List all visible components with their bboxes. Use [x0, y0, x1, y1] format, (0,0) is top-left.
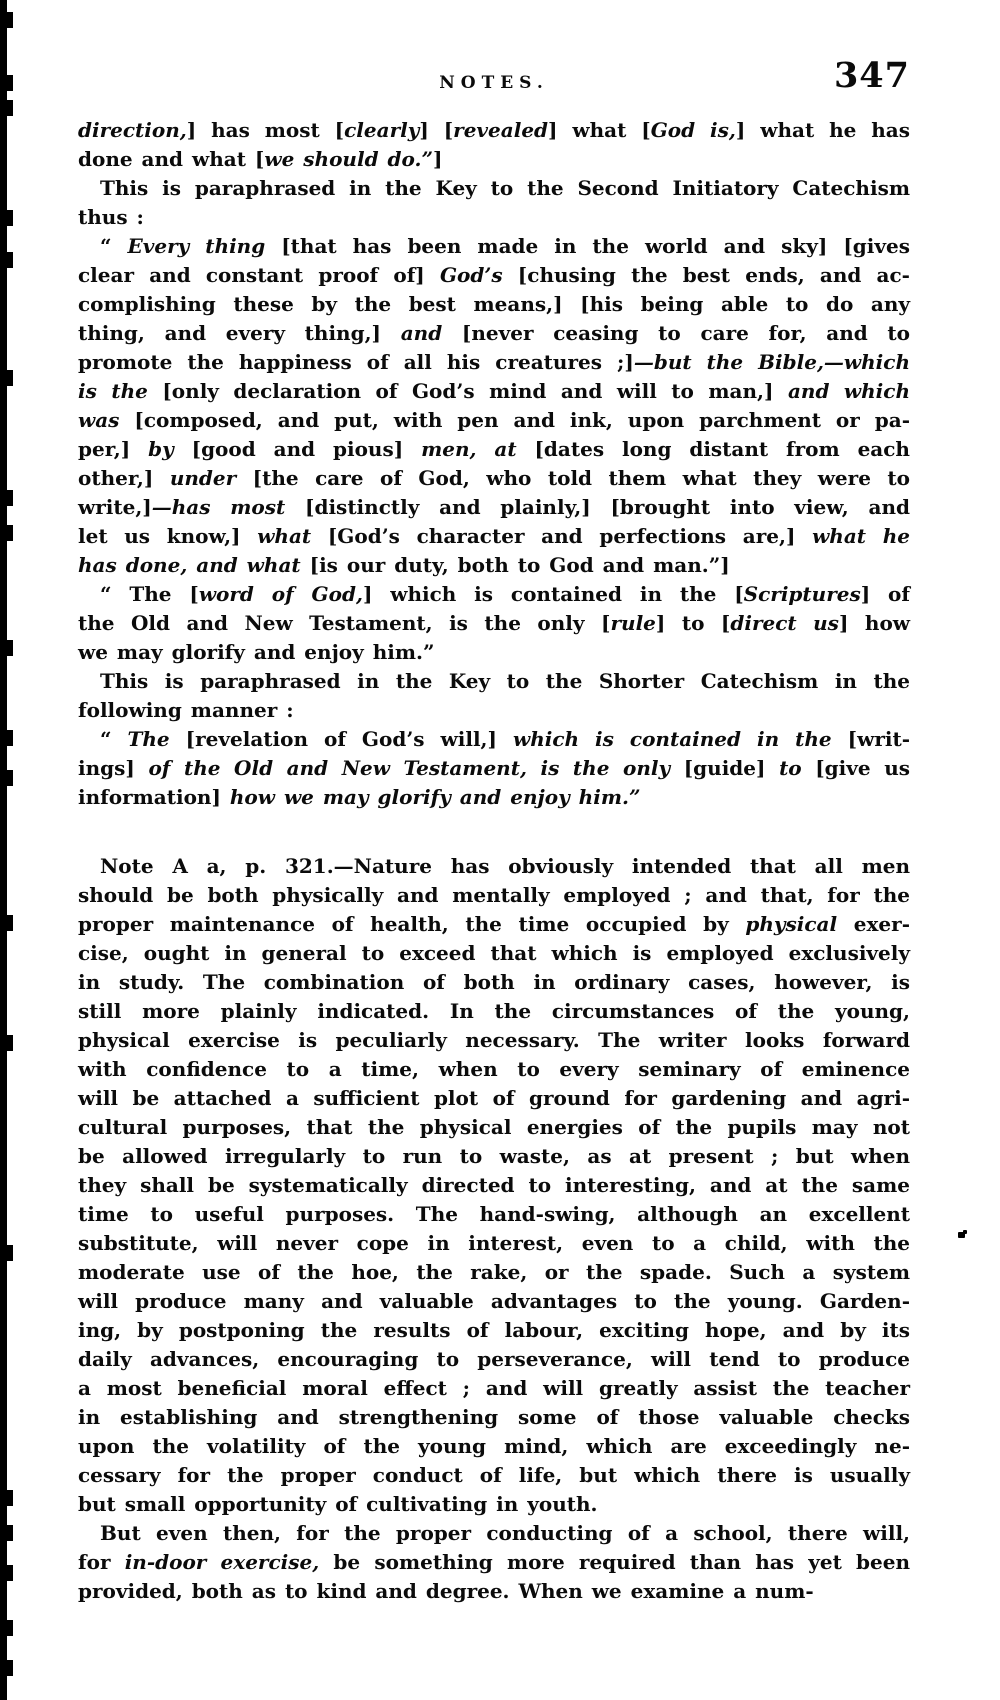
scan-edge-bump [0, 100, 13, 116]
text-line: we may glorify and enjoy him.” [78, 638, 910, 667]
text-line: This is paraphrased in the Key to the Se… [78, 174, 910, 203]
text-line: “ The [word of God,] which is contained … [78, 580, 910, 609]
text-line: is the [only declaration of God’s mind a… [78, 377, 910, 406]
roman-text: ing, by postponing the results of labour… [78, 1318, 910, 1342]
roman-text: [chusing the best ends, and ac- [503, 263, 910, 287]
roman-text: a most beneficial moral effect ; and wil… [78, 1376, 910, 1400]
scan-edge-bump [0, 12, 13, 28]
roman-text: write,] [78, 495, 152, 519]
italic-text: how we may glorify and enjoy him.” [230, 785, 641, 809]
scan-edge-bump [0, 1565, 13, 1581]
text-line: thus : [78, 203, 910, 232]
text-line: time to useful purposes. The hand-swing,… [78, 1200, 910, 1229]
roman-text: [distinctly and plainly,] [brought into … [285, 495, 910, 519]
roman-text: in establishing and strengthening some o… [78, 1405, 910, 1429]
text-line: But even then, for the proper conducting… [78, 1519, 910, 1548]
text-line: should be both physically and mentally e… [78, 881, 910, 910]
book-page: NOTES. 347 direction,] has most [clearly… [0, 0, 1000, 1700]
text-line: clear and constant proof of] God’s [chus… [78, 261, 910, 290]
italic-text: which is contained in the [513, 727, 832, 751]
text-line: in study. The combination of both in ord… [78, 968, 910, 997]
roman-text: [guide] [670, 756, 779, 780]
roman-text: [good and pious] [174, 437, 421, 461]
italic-text: under [170, 466, 236, 490]
text-line: a most beneficial moral effect ; and wil… [78, 1374, 910, 1403]
text-line: moderate use of the hoe, the rake, or th… [78, 1258, 910, 1287]
roman-text: [give us [802, 756, 910, 780]
scan-edge-bump [0, 1490, 13, 1506]
text-line: was [composed, and put, with pen and ink… [78, 406, 910, 435]
text-line: proper maintenance of health, the time o… [78, 910, 910, 939]
text-line: thing, and every thing,] and [never ceas… [78, 319, 910, 348]
text-line: ings] of the Old and New Testament, is t… [78, 754, 910, 783]
roman-text: will produce many and valuable advantage… [78, 1289, 910, 1313]
italic-text: and [401, 321, 442, 345]
roman-text: moderate use of the hoe, the rake, or th… [78, 1260, 910, 1284]
text-line: with confidence to a time, when to every… [78, 1055, 910, 1084]
roman-text: upon the volatility of the young mind, w… [78, 1434, 910, 1458]
roman-text: in study. The combination of both in ord… [78, 970, 910, 994]
roman-text: [the care of God, who told them what the… [236, 466, 910, 490]
roman-text: time to useful purposes. The hand-swing,… [78, 1202, 910, 1226]
text-line: Note A a, p. 321.—Nature has obviously i… [78, 852, 910, 881]
text-line: done and what [we should do.”] [78, 145, 910, 174]
roman-text: for [78, 1550, 125, 1574]
text-line: provided, both as to kind and degree. Wh… [78, 1577, 910, 1606]
italic-text: of the Old and New Testament, is the onl… [148, 756, 670, 780]
paragraph: “ The [word of God,] which is contained … [78, 580, 910, 667]
running-title: NOTES. [78, 73, 910, 93]
italic-text: —but the Bible,—which [634, 350, 910, 374]
paragraph: But even then, for the proper conducting… [78, 1519, 910, 1606]
text-line: per,] by [good and pious] men, at [dates… [78, 435, 910, 464]
roman-text: will be attached a sufficient plot of gr… [78, 1086, 910, 1110]
roman-text: ] to [ [656, 611, 731, 635]
roman-text: information] [78, 785, 230, 809]
scan-edge-bump [0, 75, 13, 91]
text-line: upon the volatility of the young mind, w… [78, 1432, 910, 1461]
italic-text: by [148, 437, 174, 461]
roman-text: [God’s character and perfections are,] [311, 524, 812, 548]
text-line: for in-door exercise, be something more … [78, 1548, 910, 1577]
roman-text: proper maintenance of health, the time o… [78, 912, 745, 936]
text-line: they shall be systematically directed to… [78, 1171, 910, 1200]
text-line: promote the happiness of all his creatur… [78, 348, 910, 377]
text-line: cessary for the proper conduct of life, … [78, 1461, 910, 1490]
text-line: will be attached a sufficient plot of gr… [78, 1084, 910, 1113]
roman-text: the Old and New Testament, is the only [ [78, 611, 610, 635]
italic-text: men, at [421, 437, 516, 461]
italic-text: word of God, [199, 582, 363, 606]
italic-text: what [257, 524, 311, 548]
text-line: but small opportunity of cultivating in … [78, 1490, 910, 1519]
text-line: ing, by postponing the results of labour… [78, 1316, 910, 1345]
italic-text: physical [745, 912, 837, 936]
roman-text: cessary for the proper conduct of life, … [78, 1463, 910, 1487]
paragraph: “ Every thing [that has been made in the… [78, 232, 910, 580]
italic-text: we should do.” [264, 147, 433, 171]
scan-edge-bump [0, 1525, 13, 1541]
italic-text: rule [610, 611, 655, 635]
text-line: direction,] has most [clearly] [revealed… [78, 116, 910, 145]
scan-edge-bump [0, 490, 13, 506]
paragraph: Note A a, p. 321.—Nature has obviously i… [78, 852, 910, 1519]
roman-text: Note A a, p. 321.—Nature has obviously i… [100, 854, 910, 878]
roman-text: other,] [78, 466, 170, 490]
roman-text: This is paraphrased in the Key to the Sh… [100, 669, 910, 693]
italic-text: —has most [152, 495, 286, 519]
text-line: complishing these by the best means,] [h… [78, 290, 910, 319]
roman-text: ] [433, 147, 442, 171]
roman-text: complishing these by the best means,] [h… [78, 292, 910, 316]
scan-speck [963, 1230, 967, 1234]
text-line: following manner : [78, 696, 910, 725]
roman-text: [that has been made in the world and sky… [265, 234, 910, 258]
scan-edge-bump [0, 1245, 13, 1261]
italic-text: God’s [440, 263, 503, 287]
scan-edge-bump [0, 770, 13, 786]
italic-text: clearly [344, 118, 419, 142]
paragraph: This is paraphrased in the Key to the Sh… [78, 667, 910, 725]
italic-text: God is, [651, 118, 736, 142]
roman-text: with confidence to a time, when to every… [78, 1057, 910, 1081]
text-line: other,] under [the care of God, who told… [78, 464, 910, 493]
roman-text: following manner : [78, 698, 294, 722]
roman-text: This is paraphrased in the Key to the Se… [100, 176, 910, 200]
scan-edge-bump [0, 730, 13, 746]
scan-edge-bump [0, 915, 13, 931]
text-line: will produce many and valuable advantage… [78, 1287, 910, 1316]
text-line: cultural purposes, that the physical ene… [78, 1113, 910, 1142]
italic-text: Scriptures [744, 582, 861, 606]
italic-text: Every thing [128, 234, 266, 258]
roman-text: ] of [861, 582, 910, 606]
roman-text: [only declaration of God’s mind and will… [148, 379, 788, 403]
italic-text: to [779, 756, 802, 780]
roman-text: thing, and every thing,] [78, 321, 401, 345]
roman-text: but small opportunity of cultivating in … [78, 1492, 598, 1516]
roman-text: clear and constant proof of] [78, 263, 440, 287]
text-line: substitute, will never cope in interest,… [78, 1229, 910, 1258]
roman-text: daily advances, encouraging to persevera… [78, 1347, 910, 1371]
roman-text: we may glorify and enjoy him.” [78, 640, 435, 664]
text-line: This is paraphrased in the Key to the Sh… [78, 667, 910, 696]
text-line: in establishing and strengthening some o… [78, 1403, 910, 1432]
roman-text: physical exercise is peculiarly necessar… [78, 1028, 910, 1052]
scan-edge-bump [0, 210, 13, 226]
text-line: daily advances, encouraging to persevera… [78, 1345, 910, 1374]
roman-text: exer- [837, 912, 910, 936]
roman-text: be allowed irregularly to run to waste, … [78, 1144, 910, 1168]
roman-text: ] what [ [548, 118, 651, 142]
text-line: be allowed irregularly to run to waste, … [78, 1142, 910, 1171]
italic-text: what he [812, 524, 910, 548]
roman-text: [never ceasing to care for, and to [442, 321, 910, 345]
roman-text: [dates long distant from each [517, 437, 910, 461]
roman-text: still more plainly indicated. In the cir… [78, 999, 910, 1023]
italic-text: in-door exercise, [125, 1550, 320, 1574]
roman-text: ] has most [ [187, 118, 344, 142]
roman-text: [writ- [832, 727, 910, 751]
page-number: 347 [834, 58, 910, 93]
roman-text: let us know,] [78, 524, 257, 548]
italic-text: was [78, 408, 119, 432]
roman-text: cise, ought in general to exceed that wh… [78, 941, 910, 965]
roman-text: ] what he has [736, 118, 910, 142]
italic-text: has done, and what [78, 553, 301, 577]
roman-text: But even then, for the proper conducting… [100, 1521, 910, 1545]
roman-text: “ [100, 727, 128, 751]
scan-edge-bump [0, 1660, 13, 1676]
italic-text: revealed [453, 118, 548, 142]
text-line: information] how we may glorify and enjo… [78, 783, 910, 812]
scan-edge-bump [0, 1620, 13, 1636]
roman-text: [is our duty, both to God and man.”] [301, 553, 730, 577]
paragraph: direction,] has most [clearly] [revealed… [78, 116, 910, 174]
roman-text: be something more required than has yet … [319, 1550, 910, 1574]
scan-edge-bump [0, 252, 13, 268]
text-line: write,]—has most [distinctly and plainly… [78, 493, 910, 522]
roman-text: “ The [ [100, 582, 199, 606]
roman-text: [composed, and put, with pen and ink, up… [119, 408, 910, 432]
roman-text: “ [100, 234, 128, 258]
roman-text: substitute, will never cope in interest,… [78, 1231, 910, 1255]
paragraph: “ The [revelation of God’s will,] which … [78, 725, 910, 812]
roman-text: thus : [78, 205, 144, 229]
italic-text: and which [788, 379, 910, 403]
scan-edge-bump [0, 1035, 13, 1051]
italic-text: direction, [78, 118, 187, 142]
roman-text: promote the happiness of all his creatur… [78, 350, 634, 374]
text-line: “ Every thing [that has been made in the… [78, 232, 910, 261]
text-block: direction,] has most [clearly] [revealed… [78, 116, 910, 1606]
roman-text: [revelation of God’s will,] [170, 727, 513, 751]
text-line: “ The [revelation of God’s will,] which … [78, 725, 910, 754]
text-line: still more plainly indicated. In the cir… [78, 997, 910, 1026]
italic-text: direct us [730, 611, 839, 635]
italic-text: is the [78, 379, 148, 403]
text-line: physical exercise is peculiarly necessar… [78, 1026, 910, 1055]
scan-edge-bump [0, 640, 13, 656]
scan-edge-bump [0, 525, 13, 541]
roman-text: cultural purposes, that the physical ene… [78, 1115, 910, 1139]
roman-text: ] how [839, 611, 910, 635]
text-line: the Old and New Testament, is the only [… [78, 609, 910, 638]
roman-text: done and what [ [78, 147, 264, 171]
roman-text: ings] [78, 756, 148, 780]
roman-text: per,] [78, 437, 148, 461]
text-line: has done, and what [is our duty, both to… [78, 551, 910, 580]
roman-text: ] which is contained in the [ [363, 582, 744, 606]
roman-text: ] [ [419, 118, 453, 142]
scan-edge-bump [0, 370, 13, 386]
paragraph: This is paraphrased in the Key to the Se… [78, 174, 910, 232]
roman-text: they shall be systematically directed to… [78, 1173, 910, 1197]
italic-text: The [128, 727, 170, 751]
text-line: cise, ought in general to exceed that wh… [78, 939, 910, 968]
text-line: let us know,] what [God’s character and … [78, 522, 910, 551]
roman-text: should be both physically and mentally e… [78, 883, 910, 907]
roman-text: provided, both as to kind and degree. Wh… [78, 1579, 814, 1603]
